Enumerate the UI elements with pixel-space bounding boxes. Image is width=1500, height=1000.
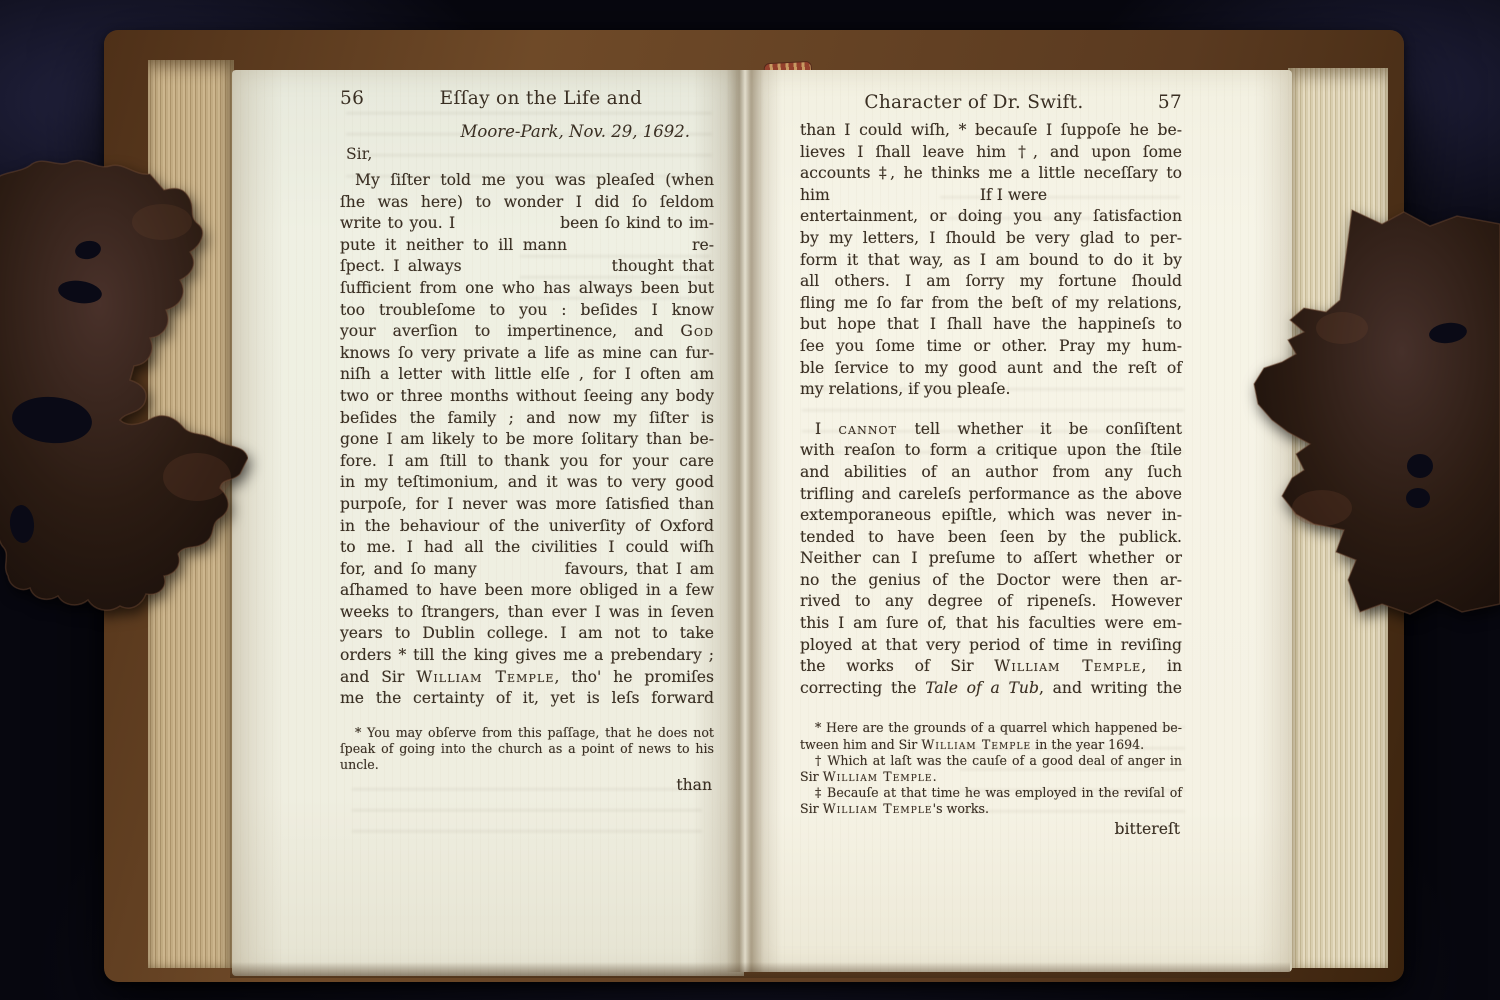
- text-segment: entertainment, or doing you any ſatisfac…: [800, 207, 1182, 225]
- text-segment: Tale of a Tub: [925, 679, 1039, 697]
- text-segment: with reaſon to form a critique upon the …: [800, 441, 1182, 459]
- text-segment: cannot: [839, 420, 898, 438]
- text-line: ſufficient from one who has always been …: [340, 278, 714, 300]
- text-segment: knows ſo very private a life as mine can…: [340, 344, 714, 362]
- right-metal-clasp: [1252, 208, 1500, 618]
- text-line: write to you. Ibeen ſo kind to im-: [340, 213, 714, 235]
- text-line: purpoſe, for I never was more ſatisfied …: [340, 494, 714, 516]
- text-line: the works of Sir William Temple, in: [800, 656, 1182, 678]
- text-segment: * You may obſerve from this paſſage, tha…: [355, 725, 714, 740]
- text-line: with reaſon to form a critique upon the …: [800, 440, 1182, 462]
- text-line: two or three months without ſeeing any b…: [340, 386, 714, 408]
- text-segment: William Temple: [921, 737, 1031, 752]
- text-line: orders * till the king gives me a preben…: [340, 645, 714, 667]
- text-line: your averſion to impertinence, and God: [340, 321, 714, 343]
- text-segment: niſh a letter with little elſe , for I o…: [340, 365, 714, 383]
- text-segment: write to you. I: [340, 214, 455, 232]
- text-line: tween him and Sir William Temple in the …: [800, 737, 1182, 753]
- text-segment: re-: [692, 236, 714, 254]
- text-line: this I am ſure of, that his faculties we…: [800, 613, 1182, 635]
- text-segment: him: [800, 186, 830, 204]
- text-segment: tween him and Sir: [800, 737, 921, 752]
- text-segment: your averſion to impertinence, and: [340, 322, 680, 340]
- text-segment: orders * till the king gives me a preben…: [340, 646, 714, 664]
- text-segment: by my letters, I ſhould be very glad to …: [800, 229, 1182, 247]
- text-line: correcting the Tale of a Tub, and writin…: [800, 678, 1182, 700]
- page-block-shadow: [230, 962, 1290, 978]
- text-line: * You may obſerve from this paſſage, tha…: [340, 725, 714, 741]
- text-segment: 's works.: [933, 801, 989, 816]
- text-line: me the certainty of it, yet is leſs forw…: [340, 688, 714, 710]
- faded-ink-gap: [455, 227, 560, 228]
- text-segment: My ſiſter told me you was pleaſed (when: [355, 171, 714, 189]
- left-metal-clasp: [0, 152, 248, 622]
- text-segment: to me. I had all the civilities I could …: [340, 538, 714, 556]
- text-segment: two or three months without ſeeing any b…: [340, 387, 714, 405]
- text-line: and abilities of an author from any ſuch: [800, 462, 1182, 484]
- text-line: uncle.: [340, 757, 714, 773]
- text-line: than I could wiſh, * becauſe I ſuppoſe h…: [800, 120, 1182, 142]
- text-segment: no the genius of the Doctor were then ar…: [800, 571, 1182, 589]
- text-segment: , and writing the: [1039, 679, 1182, 697]
- text-segment: all others. I am ſorry my fortune ſhould: [800, 272, 1182, 290]
- letter-salutation: Sir,: [340, 145, 714, 163]
- text-segment: God: [680, 322, 714, 340]
- text-segment: ‡ Becauſe at that time he was employed i…: [815, 785, 1182, 800]
- text-line: and Sir William Temple, tho' he promiſes: [340, 667, 714, 689]
- text-line: in the behaviour of the univerſity of Ox…: [340, 516, 714, 538]
- text-segment: for, and ſo many: [340, 560, 477, 578]
- text-segment: years to Dublin college. I am not to tak…: [340, 624, 714, 642]
- text-line: * Here are the grounds of a quarrel whic…: [800, 720, 1182, 736]
- text-line: rived to any degree of ripeneſs. However: [800, 591, 1182, 613]
- text-segment: ſpeak of going into the church as a poin…: [340, 741, 714, 756]
- text-line: years to Dublin college. I am not to tak…: [340, 623, 714, 645]
- text-line: ſpect. I alwaysthought that: [340, 256, 714, 278]
- text-segment: weeks to ſtrangers, than ever I was in ſ…: [340, 603, 714, 621]
- text-line: My ſiſter told me you was pleaſed (when: [340, 170, 714, 192]
- text-segment: I: [815, 420, 839, 438]
- text-segment: this I am ſure of, that his faculties we…: [800, 614, 1182, 632]
- faded-ink-gap: [830, 199, 980, 200]
- text-segment: me the certainty of it, yet is leſs forw…: [340, 689, 714, 707]
- left-catchword: than: [340, 775, 714, 795]
- text-segment: ſufficient from one who has always been …: [340, 279, 714, 297]
- text-line: ſhe was here) to wonder I did ſo ſeldom: [340, 192, 714, 214]
- right-running-title: Character of Dr. Swift.: [836, 92, 1112, 113]
- left-running-header: 56 Eſſay on the Life and: [340, 88, 714, 109]
- text-line: aſhamed to have been more obliged in a f…: [340, 580, 714, 602]
- left-page-number: 56: [340, 88, 404, 109]
- text-segment: lieves I ſhall leave him †, and upon ſom…: [800, 143, 1182, 161]
- text-line: pute it neither to ill mannre-: [340, 235, 714, 257]
- text-segment: If I were: [980, 186, 1047, 204]
- text-segment: and abilities of an author from any ſuch: [800, 463, 1182, 481]
- text-segment: in the year 1694.: [1031, 737, 1144, 752]
- text-line: all others. I am ſorry my fortune ſhould: [800, 271, 1182, 293]
- text-line: ſee you ſome time or other. Pray my hum-: [800, 336, 1182, 358]
- text-segment: Neither can I preſume to aſſert whether …: [800, 549, 1182, 567]
- text-segment: William Temple: [416, 668, 554, 686]
- text-line: extemporaneous epiſtle, which was never …: [800, 505, 1182, 527]
- faded-ink-gap: [462, 270, 612, 271]
- text-segment: thought that: [612, 257, 714, 275]
- text-line: ble ſervice to my good aunt and the reſt…: [800, 358, 1182, 380]
- text-segment: * Here are the grounds of a quarrel whic…: [815, 720, 1182, 735]
- text-segment: fling me ſo far from the beſt of my rela…: [800, 294, 1182, 312]
- text-line: Sir William Temple's works.: [800, 801, 1182, 817]
- text-line: in my teſtimonium, and it was to very go…: [340, 472, 714, 494]
- text-segment: too troubleſome to you : beſides I know: [340, 301, 714, 319]
- text-segment: in my teſtimonium, and it was to very go…: [340, 473, 714, 491]
- text-line: for, and ſo manyfavours, that I am: [340, 559, 714, 581]
- text-line: entertainment, or doing you any ſatisfac…: [800, 206, 1182, 228]
- left-page-text: 56 Eſſay on the Life and Moore-Park, Nov…: [340, 88, 714, 795]
- text-line: tended to have been ſeen by the publick.: [800, 527, 1182, 549]
- text-segment: aſhamed to have been more obliged in a f…: [340, 581, 714, 599]
- text-line: Neither can I preſume to aſſert whether …: [800, 548, 1182, 570]
- text-segment: Sir: [800, 801, 823, 816]
- text-line: fling me ſo far from the beſt of my rela…: [800, 293, 1182, 315]
- text-line: fore. I am ſtill to thank you for your c…: [340, 451, 714, 473]
- text-line: trifling and careleſs performance as the…: [800, 484, 1182, 506]
- text-segment: than I could wiſh, * becauſe I ſuppoſe h…: [800, 121, 1182, 139]
- text-segment: form it that way, as I am bound to do it…: [800, 251, 1182, 269]
- text-segment: pute it neither to ill mann: [340, 236, 567, 254]
- text-line: beſides the family ; and now my ſiſter i…: [340, 408, 714, 430]
- text-segment: uncle.: [340, 757, 379, 772]
- photo-scene: 56 Eſſay on the Life and Moore-Park, Nov…: [0, 0, 1500, 1000]
- right-footnotes: * Here are the grounds of a quarrel whic…: [800, 720, 1182, 817]
- text-line: himIf I were: [800, 185, 1182, 207]
- text-line: niſh a letter with little elſe , for I o…: [340, 364, 714, 386]
- left-body-text: My ſiſter told me you was pleaſed (whenſ…: [340, 170, 714, 710]
- text-segment: .: [933, 769, 937, 784]
- text-line: † Which at laſt was the cauſe of a good …: [800, 753, 1182, 769]
- text-segment: , tho' he promiſes: [555, 668, 715, 686]
- text-line: gone I am likely to be more ſolitary tha…: [340, 429, 714, 451]
- text-line: I cannot tell whether it be conſiſtent: [800, 419, 1182, 441]
- text-segment: my relations, if you pleaſe.: [800, 380, 1011, 398]
- text-segment: ployed at that very period of time in re…: [800, 636, 1182, 654]
- right-running-header: Character of Dr. Swift. 57: [800, 92, 1182, 113]
- text-segment: rived to any degree of ripeneſs. However: [800, 592, 1182, 610]
- text-line: weeks to ſtrangers, than ever I was in ſ…: [340, 602, 714, 624]
- text-segment: extemporaneous epiſtle, which was never …: [800, 506, 1182, 524]
- text-line: ‡ Becauſe at that time he was employed i…: [800, 785, 1182, 801]
- text-segment: correcting the: [800, 679, 925, 697]
- text-segment: William Temple: [994, 657, 1141, 675]
- text-segment: tell whether it be conſiſtent: [897, 420, 1182, 438]
- text-segment: ble ſervice to my good aunt and the reſt…: [800, 359, 1182, 377]
- text-segment: been ſo kind to im-: [560, 214, 714, 232]
- text-line: knows ſo very private a life as mine can…: [340, 343, 714, 365]
- text-segment: gone I am likely to be more ſolitary tha…: [340, 430, 714, 448]
- text-line: ployed at that very period of time in re…: [800, 635, 1182, 657]
- text-segment: and Sir: [340, 668, 416, 686]
- right-catchword: bittereſt: [800, 819, 1182, 839]
- text-segment: , in: [1141, 657, 1182, 675]
- text-line: but hope that I ſhall have the happineſs…: [800, 314, 1182, 336]
- right-page-text: Character of Dr. Swift. 57 than I could …: [800, 92, 1182, 839]
- text-segment: trifling and careleſs performance as the…: [800, 485, 1182, 503]
- text-segment: ſhe was here) to wonder I did ſo ſeldom: [340, 193, 714, 211]
- text-segment: in the behaviour of the univerſity of Ox…: [340, 517, 714, 535]
- text-segment: favours, that I am: [565, 560, 714, 578]
- text-segment: Sir: [800, 769, 823, 784]
- text-segment: accounts ‡, he thinks me a little neceſſ…: [800, 164, 1182, 182]
- text-segment: purpoſe, for I never was more ſatisfied …: [340, 495, 714, 513]
- text-line: no the genius of the Doctor were then ar…: [800, 570, 1182, 592]
- text-segment: William Temple: [823, 801, 933, 816]
- text-segment: William Temple: [823, 769, 933, 784]
- text-line: lieves I ſhall leave him †, and upon ſom…: [800, 142, 1182, 164]
- faded-ink-gap: [477, 573, 565, 574]
- text-segment: fore. I am ſtill to thank you for your c…: [340, 452, 714, 470]
- right-page-number: 57: [1112, 92, 1182, 113]
- text-line: accounts ‡, he thinks me a little neceſſ…: [800, 163, 1182, 185]
- text-line: form it that way, as I am bound to do it…: [800, 250, 1182, 272]
- text-line: ſpeak of going into the church as a poin…: [340, 741, 714, 757]
- left-footnote: * You may obſerve from this paſſage, tha…: [340, 725, 714, 774]
- text-segment: ſpect. I always: [340, 257, 462, 275]
- text-segment: ſee you ſome time or other. Pray my hum-: [800, 337, 1182, 355]
- text-segment: † Which at laſt was the cauſe of a good …: [815, 753, 1182, 768]
- text-segment: beſides the family ; and now my ſiſter i…: [340, 409, 714, 427]
- text-line: too troubleſome to you : beſides I know: [340, 300, 714, 322]
- faded-ink-gap: [567, 249, 692, 250]
- right-body-text: than I could wiſh, * becauſe I ſuppoſe h…: [800, 120, 1182, 699]
- book-gutter: [726, 70, 764, 972]
- text-line: Sir William Temple.: [800, 769, 1182, 785]
- text-segment: but hope that I ſhall have the happineſs…: [800, 315, 1182, 333]
- text-line: my relations, if you pleaſe.: [800, 379, 1182, 401]
- letter-dateline: Moore-Park, Nov. 29, 1692.: [340, 122, 714, 141]
- text-line: by my letters, I ſhould be very glad to …: [800, 228, 1182, 250]
- left-running-title: Eſſay on the Life and: [404, 88, 678, 109]
- text-segment: tended to have been ſeen by the publick.: [800, 528, 1182, 546]
- text-line: to me. I had all the civilities I could …: [340, 537, 714, 559]
- text-segment: the works of Sir: [800, 657, 994, 675]
